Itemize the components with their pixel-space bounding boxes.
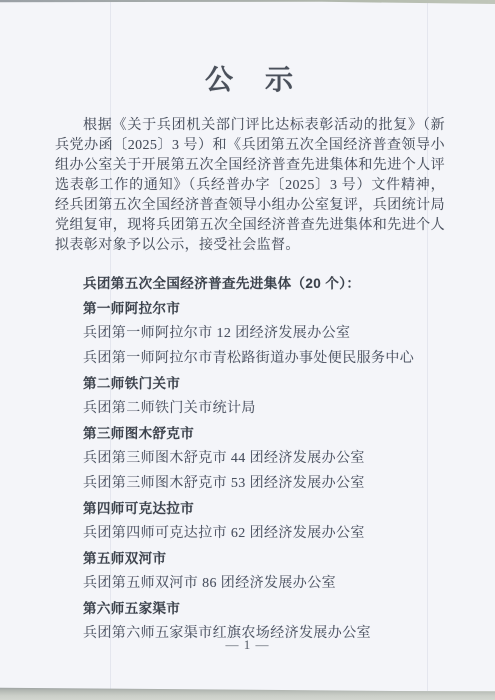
division-heading: 第五师双河市 [83,546,445,571]
division-heading: 第一师阿拉尔市 [83,296,445,321]
award-list-heading: 兵团第五次全国经济普查先进集体（20 个）： [83,271,445,296]
intro-paragraph: 根据《关于兵团机关部门评比达标表彰活动的批复》（新兵党办函〔2025〕3 号）和… [55,116,445,256]
division-heading: 第三师图木舒克市 [83,421,445,446]
document-content: 公 示 根据《关于兵团机关部门评比达标表彰活动的批复》（新兵党办函〔2025〕3… [55,58,445,646]
page-number: — 1 — [0,637,495,653]
award-list: 兵团第五次全国经济普查先进集体（20 个）： 第一师阿拉尔市兵团第一师阿拉尔市 … [55,271,445,646]
unit-item: 兵团第一师阿拉尔市青松路街道办事处便民服务中心 [83,346,445,371]
unit-item: 兵团第一师阿拉尔市 12 团经济发展办公室 [83,321,445,346]
unit-item: 兵团第二师铁门关市统计局 [83,396,445,421]
scanned-document-page: 公 示 根据《关于兵团机关部门评比达标表彰活动的批复》（新兵党办函〔2025〕3… [0,0,495,700]
document-title: 公 示 [55,58,445,98]
division-heading: 第六师五家渠市 [83,596,445,621]
unit-item: 兵团第五师双河市 86 团经济发展办公室 [83,571,445,596]
division-heading: 第四师可克达拉市 [83,496,445,521]
paper-sheet: 公 示 根据《关于兵团机关部门评比达标表彰活动的批复》（新兵党办函〔2025〕3… [0,0,495,691]
unit-item: 兵团第三师图木舒克市 44 团经济发展办公室 [83,446,445,471]
division-heading: 第二师铁门关市 [83,371,445,396]
unit-item: 兵团第三师图木舒克市 53 团经济发展办公室 [83,471,445,496]
unit-item: 兵团第四师可克达拉市 62 团经济发展办公室 [83,521,445,546]
